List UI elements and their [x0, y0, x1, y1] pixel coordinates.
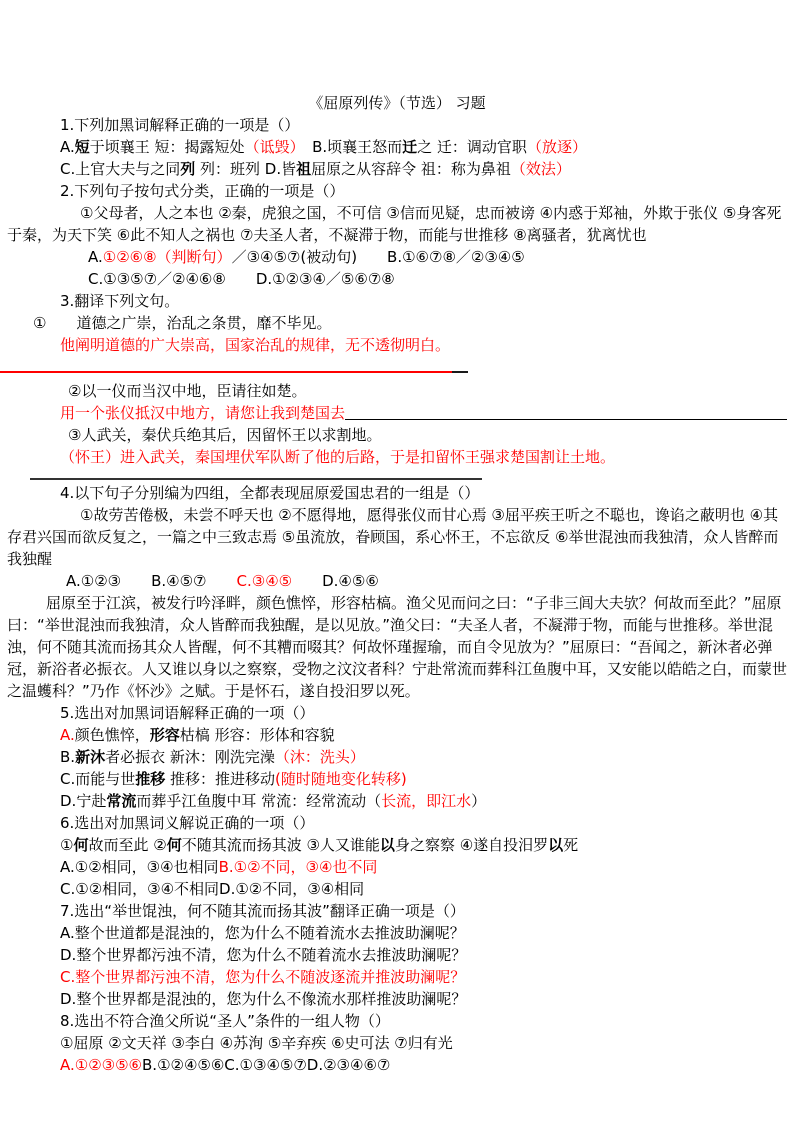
text-segment: 何 — [73, 836, 88, 854]
text-segment: 6.选出对加黑词义解说正确的一项（） — [60, 814, 314, 832]
text-segment: 死 — [563, 836, 578, 854]
q3-answer-1: 他阐明道德的广大崇高，国家治乱的规律，无不透彻明白。 — [7, 334, 787, 356]
text-segment: 以 — [380, 836, 395, 854]
text-segment: C.整个世界都污浊不清，您为什么不随波逐流并推波助澜呢？ — [60, 968, 465, 986]
text-segment: 颜色憔悴， — [75, 726, 150, 744]
worksheet-page: 《屈原列传》（节选） 习题 1.下列加黑词解释正确的一项是（）A.短于顷襄王 短… — [0, 0, 794, 1123]
text-segment: 之 迁：调动官职 — [417, 138, 527, 156]
text-segment: D.宁赴 — [60, 792, 106, 810]
q6-stem: 6.选出对加黑词义解说正确的一项（） — [7, 812, 787, 834]
text-segment: A.①②③⑤⑥ — [60, 1056, 142, 1074]
text-segment: (随时随地变化转移) — [275, 770, 407, 788]
text-segment: D.整个世界都是混浊的，您为什么不像流水那样推波助澜呢？ — [60, 990, 466, 1008]
text-segment: 列 — [180, 160, 195, 178]
q2-options-cd: C.①③⑤⑦／②④⑥⑧ D.①②③④／⑤⑥⑦⑧ — [7, 268, 787, 290]
text-segment: 而葬乎江鱼腹中耳 常流：经常流动（ — [136, 792, 381, 810]
text-segment: （放逐） — [527, 138, 587, 156]
text-segment: ①故劳苦倦极，未尝不呼天也 ②不愿得地，愿得张仪而甘心焉 ③屈平疾王听之不聪也，… — [7, 506, 778, 568]
text-segment: 形容 — [150, 726, 180, 744]
text-segment: 推移：推进移动 — [165, 770, 275, 788]
q5-stem: 5.选出对加黑词语解释正确的一项（） — [7, 702, 787, 724]
q8-stem: 8.选出不符合渔父所说“圣人”条件的一组人物（） — [7, 1010, 787, 1032]
rule-segment — [30, 478, 482, 480]
text-segment: C.①②相同，③④不相同D.①②不同，③④相同 — [60, 880, 364, 898]
text-segment: ①屈原 ②文天祥 ③李白 ④苏洵 ⑤辛弃疾 ⑥史可法 ⑦归有光 — [60, 1034, 453, 1052]
text-segment: 推移 — [135, 770, 165, 788]
text-segment: 4.以下句子分别编为四组，全都表现屈原爱国忠君的一组是（） — [60, 484, 479, 502]
text-segment: C.③④⑤ — [237, 572, 293, 590]
q3-sentence-2: ②以一仪而当汉中地，臣请往如楚。 — [7, 380, 787, 402]
q5-option-b: B.新沐者必振衣 新沐：刚洗完澡（沐：洗头） — [7, 746, 787, 768]
divider-red — [0, 371, 787, 373]
text-segment: 身之察察 ④遂自投汨罗 — [395, 836, 548, 854]
text-segment: 迁 — [402, 138, 417, 156]
text-segment: ／③④⑤⑦(被动句) B.①⑥⑦⑧／②③④⑤ — [232, 248, 525, 266]
q3-stem: 3.翻译下列文句。 — [7, 290, 787, 312]
q4-items: ①故劳苦倦极，未尝不呼天也 ②不愿得地，愿得张仪而甘心焉 ③屈平疾王听之不聪也，… — [7, 504, 787, 570]
text-segment: 短 — [75, 138, 90, 156]
text-segment: 屈原至于江滨，被发行吟泽畔，颜色憔悴，形容枯槁。渔父见而问之曰：“子非三闾大夫欤… — [7, 594, 787, 700]
text-segment: B. — [60, 748, 75, 766]
text-segment: 者必振衣 新沐：刚洗完澡 — [105, 748, 275, 766]
text-segment: ①②⑥⑧（判断句） — [103, 248, 232, 266]
text-segment: ） — [471, 792, 486, 810]
text-segment: A.①②③ B.④⑤⑦ — [66, 572, 237, 590]
text-segment: 常流 — [106, 792, 136, 810]
answer-blank-line — [345, 402, 787, 420]
text-segment: ① 道德之广崇，治乱之条贯，靡不毕见。 — [33, 314, 331, 332]
q5-option-d: D.宁赴常流而葬乎江鱼腹中耳 常流：经常流动（长流，即江水） — [7, 790, 787, 812]
q8-options: A.①②③⑤⑥B.①②④⑤⑥C.①③④⑤⑦D.②③④⑥⑦ — [7, 1054, 787, 1076]
page-title: 《屈原列传》（节选） 习题 — [7, 92, 787, 114]
divider-black — [30, 478, 787, 480]
text-segment: 枯槁 形容：形体和容貌 — [180, 726, 335, 744]
text-segment: 何 — [167, 836, 182, 854]
q1-option-cd: C.上官大夫与之同列 列：班列 D.皆祖屈原之从容辞令 祖：称为鼻祖（效法） — [7, 158, 787, 180]
text-segment: （诋毁） — [245, 138, 298, 156]
text-segment: （效法） — [511, 160, 571, 178]
text-segment: 5.选出对加黑词语解释正确的一项（） — [60, 704, 314, 722]
q5-option-c: C.而能与世推移 推移：推进移动(随时随地变化转移) — [7, 768, 787, 790]
q6-options-ab: A.①②相同，③④也相同B.①②不同，③④也不同 — [7, 856, 787, 878]
text-segment: B.顷襄王怒而 — [297, 138, 402, 156]
text-segment: 屈原之从容辞令 祖：称为鼻祖 — [311, 160, 511, 178]
q2-stem: 2.下列句子按句式分类，正确的一项是（） — [7, 180, 787, 202]
passage: 屈原至于江滨，被发行吟泽畔，颜色憔悴，形容枯槁。渔父见而问之曰：“子非三闾大夫欤… — [7, 592, 787, 702]
q3-answer-3: （怀王）进入武关，秦国埋伏军队断了他的后路，于是扣留怀王强求楚国割让土地。 — [7, 446, 787, 468]
q3-sentence-1: ① 道德之广崇，治乱之条贯，靡不毕见。 — [7, 312, 787, 334]
rule-segment — [452, 371, 468, 373]
text-segment: C.①③⑤⑦／②④⑥⑧ D.①②③④／⑤⑥⑦⑧ — [88, 270, 395, 288]
q7-option-b: D.整个世界都污浊不清，您为什么不随着流水去推波助澜呢？ — [7, 944, 787, 966]
q4-options: A.①②③ B.④⑤⑦ C.③④⑤ D.④⑤⑥ — [7, 570, 787, 592]
text-segment: B.①②不同，③④也不同 — [219, 858, 378, 876]
text-segment: ①父母者，人之本也 ②秦，虎狼之国，不可信 ③信而见疑，忠而被谤 ④内惑于郑袖，… — [7, 204, 781, 244]
text-segment: A. — [60, 138, 75, 156]
text-segment: 祖 — [296, 160, 311, 178]
text-segment: D.④⑤⑥ — [292, 572, 379, 590]
text-segment: 不随其流而扬其波 ③人又谁能 — [182, 836, 380, 854]
q3-answer-2: 用一个张仪抵汉中地方，请您让我到楚国去 — [7, 402, 787, 424]
text-segment: B.①②④⑤⑥C.①③④⑤⑦D.②③④⑥⑦ — [142, 1056, 390, 1074]
document-body: 1.下列加黑词解释正确的一项是（）A.短于顷襄王 短：揭露短处（诋毁） B.顷襄… — [7, 114, 787, 1076]
q2-options-ab: A.①②⑥⑧（判断句）／③④⑤⑦(被动句) B.①⑥⑦⑧／②③④⑤ — [7, 246, 787, 268]
rule-segment — [0, 371, 452, 373]
q2-items: ①父母者，人之本也 ②秦，虎狼之国，不可信 ③信而见疑，忠而被谤 ④内惑于郑袖，… — [7, 202, 787, 246]
q7-stem: 7.选出“举世馄浊，何不随其流而扬其波”翻译正确一项是（） — [7, 900, 787, 922]
text-segment: 列：班列 D.皆 — [195, 160, 296, 178]
text-segment: 长流，即江水 — [381, 792, 471, 810]
text-segment: 故而至此 ② — [88, 836, 166, 854]
text-segment: 用一个张仪抵汉中地方，请您让我到楚国去 — [60, 402, 345, 424]
q8-items: ①屈原 ②文天祥 ③李白 ④苏洵 ⑤辛弃疾 ⑥史可法 ⑦归有光 — [7, 1032, 787, 1054]
text-segment: 8.选出不符合渔父所说“圣人”条件的一组人物（） — [60, 1012, 390, 1030]
q7-option-a: A.整个世道都是混浊的，您为什么不随着流水去推波助澜呢？ — [7, 922, 787, 944]
text-segment: A.①②相同，③④也相同 — [60, 858, 219, 876]
text-segment: A. — [60, 726, 75, 744]
q1-option-ab: A.短于顷襄王 短：揭露短处（诋毁） B.顷襄王怒而迁之 迁：调动官职（放逐） — [7, 136, 787, 158]
text-segment: 以 — [548, 836, 563, 854]
text-segment: 3.翻译下列文句。 — [60, 292, 179, 310]
text-segment: D.整个世界都污浊不清，您为什么不随着流水去推波助澜呢？ — [60, 946, 466, 964]
q7-option-d: D.整个世界都是混浊的，您为什么不像流水那样推波助澜呢？ — [7, 988, 787, 1010]
text-segment: ① — [60, 836, 73, 854]
q6-options-cd: C.①②相同，③④不相同D.①②不同，③④相同 — [7, 878, 787, 900]
text-segment: C.上官大夫与之同 — [60, 160, 180, 178]
text-segment: 7.选出“举世馄浊，何不随其流而扬其波”翻译正确一项是（） — [60, 902, 465, 920]
text-segment: 2.下列句子按句式分类，正确的一项是（） — [60, 182, 344, 200]
q1-stem: 1.下列加黑词解释正确的一项是（） — [7, 114, 787, 136]
text-segment: ③人武关，秦伏兵绝其后，因留怀王以求割地。 — [68, 426, 381, 444]
q3-sentence-3: ③人武关，秦伏兵绝其后，因留怀王以求割地。 — [7, 424, 787, 446]
text-segment: （沐：洗头） — [275, 748, 365, 766]
text-segment: 1.下列加黑词解释正确的一项是（） — [60, 116, 299, 134]
text-segment: A. — [88, 248, 103, 266]
text-segment: （怀王）进入武关，秦国埋伏军队断了他的后路，于是扣留怀王强求楚国割让土地。 — [60, 448, 615, 466]
text-segment: 他阐明道德的广大崇高，国家治乱的规律，无不透彻明白。 — [60, 336, 450, 354]
text-segment: 新沐 — [75, 748, 105, 766]
q7-option-c: C.整个世界都污浊不清，您为什么不随波逐流并推波助澜呢？ — [7, 966, 787, 988]
text-segment: 于顷襄王 短：揭露短处 — [90, 138, 245, 156]
q5-option-a: A.颜色憔悴，形容枯槁 形容：形体和容貌 — [7, 724, 787, 746]
q4-stem: 4.以下句子分别编为四组，全都表现屈原爱国忠君的一组是（） — [7, 482, 787, 504]
text-segment: ②以一仪而当汉中地，臣请往如楚。 — [68, 382, 306, 400]
text-segment: C.而能与世 — [60, 770, 135, 788]
text-segment: A.整个世道都是混浊的，您为什么不随着流水去推波助澜呢？ — [60, 924, 465, 942]
q6-items: ①何故而至此 ②何不随其流而扬其波 ③人又谁能以身之察察 ④遂自投汨罗以死 — [7, 834, 787, 856]
